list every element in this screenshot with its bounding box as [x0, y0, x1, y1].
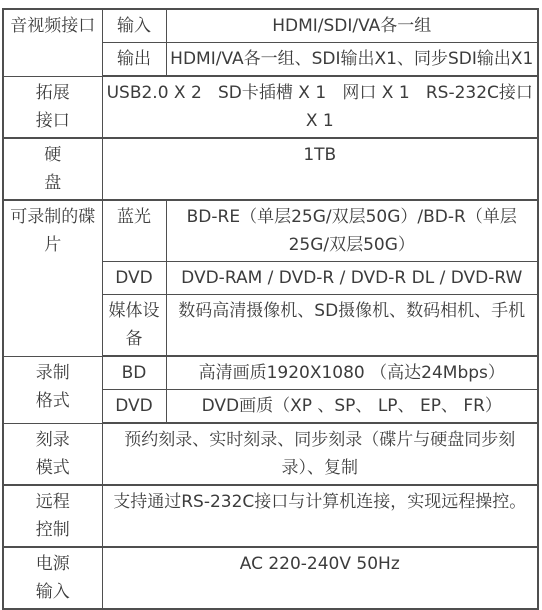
page: 音视频接口 输入 HDMI/SDI/VA各一组 输出 HDMI/VA各一组、SD… [0, 0, 542, 610]
value-media-devices: 数码高清摄像机、SD摄像机、数码相机、手机 [166, 295, 538, 357]
table-row: 远程 控制 支持通过RS-232C接口与计算机连接，实现远程操控。 [3, 485, 538, 547]
sub-label-bd-format: BD [102, 356, 166, 390]
table-row: 刻录 模式 预约刻录、实时刻录、同步刻录（碟片与硬盘同步刻录）、复制 [3, 423, 538, 485]
table-row: 音视频接口 输入 HDMI/SDI/VA各一组 [3, 9, 538, 43]
row-label-power-input: 电源 输入 [3, 547, 102, 609]
sub-label-bluray: 蓝光 [102, 200, 166, 262]
value-dvd-format: DVD画质（XP 、SP、 LP、 EP、 FR） [166, 390, 538, 424]
table-row: 电源 输入 AC 220-240V 50Hz [3, 547, 538, 609]
table-row: 录制 格式 BD 高清画质1920X1080 （高达24Mbps） [3, 356, 538, 390]
row-label-recording-format: 录制 格式 [3, 356, 102, 423]
sub-label-dvd-format: DVD [102, 390, 166, 424]
spec-table: 音视频接口 输入 HDMI/SDI/VA各一组 输出 HDMI/VA各一组、SD… [2, 8, 539, 610]
sub-label-media-devices: 媒体设 备 [102, 295, 166, 357]
value-power-input: AC 220-240V 50Hz [102, 547, 538, 609]
row-label-av-interface: 音视频接口 [3, 9, 102, 76]
table-row: 拓展 接口 USB2.0 X 2 SD卡插槽 X 1 网口 X 1 RS-232… [3, 76, 538, 138]
value-hard-disk: 1TB [102, 138, 538, 200]
value-recording-mode: 预约刻录、实时刻录、同步刻录（碟片与硬盘同步刻录）、复制 [102, 423, 538, 485]
row-label-recordable-discs: 可录制的碟 片 [3, 200, 102, 356]
sub-label-av-output: 输出 [102, 43, 166, 77]
row-label-expansion-ports: 拓展 接口 [3, 76, 102, 138]
value-av-input: HDMI/SDI/VA各一组 [166, 9, 538, 43]
value-remote-control: 支持通过RS-232C接口与计算机连接，实现远程操控。 [102, 485, 538, 547]
table-row: 可录制的碟 片 蓝光 BD-RE（单层25G/双层50G）/BD-R（单层25G… [3, 200, 538, 262]
sub-label-dvd-discs: DVD [102, 262, 166, 295]
sub-label-av-input: 输入 [102, 9, 166, 43]
value-dvd-discs: DVD-RAM / DVD-R / DVD-R DL / DVD-RW [166, 262, 538, 295]
value-bd-format: 高清画质1920X1080 （高达24Mbps） [166, 356, 538, 390]
table-row: 硬 盘 1TB [3, 138, 538, 200]
value-expansion-ports: USB2.0 X 2 SD卡插槽 X 1 网口 X 1 RS-232C接口 X … [102, 76, 538, 138]
value-bluray-discs: BD-RE（单层25G/双层50G）/BD-R（单层25G/双层50G） [166, 200, 538, 262]
row-label-recording-mode: 刻录 模式 [3, 423, 102, 485]
value-av-output: HDMI/VA各一组、SDI输出X1、同步SDI输出X1 [166, 43, 538, 77]
row-label-hard-disk: 硬 盘 [3, 138, 102, 200]
row-label-remote-control: 远程 控制 [3, 485, 102, 547]
